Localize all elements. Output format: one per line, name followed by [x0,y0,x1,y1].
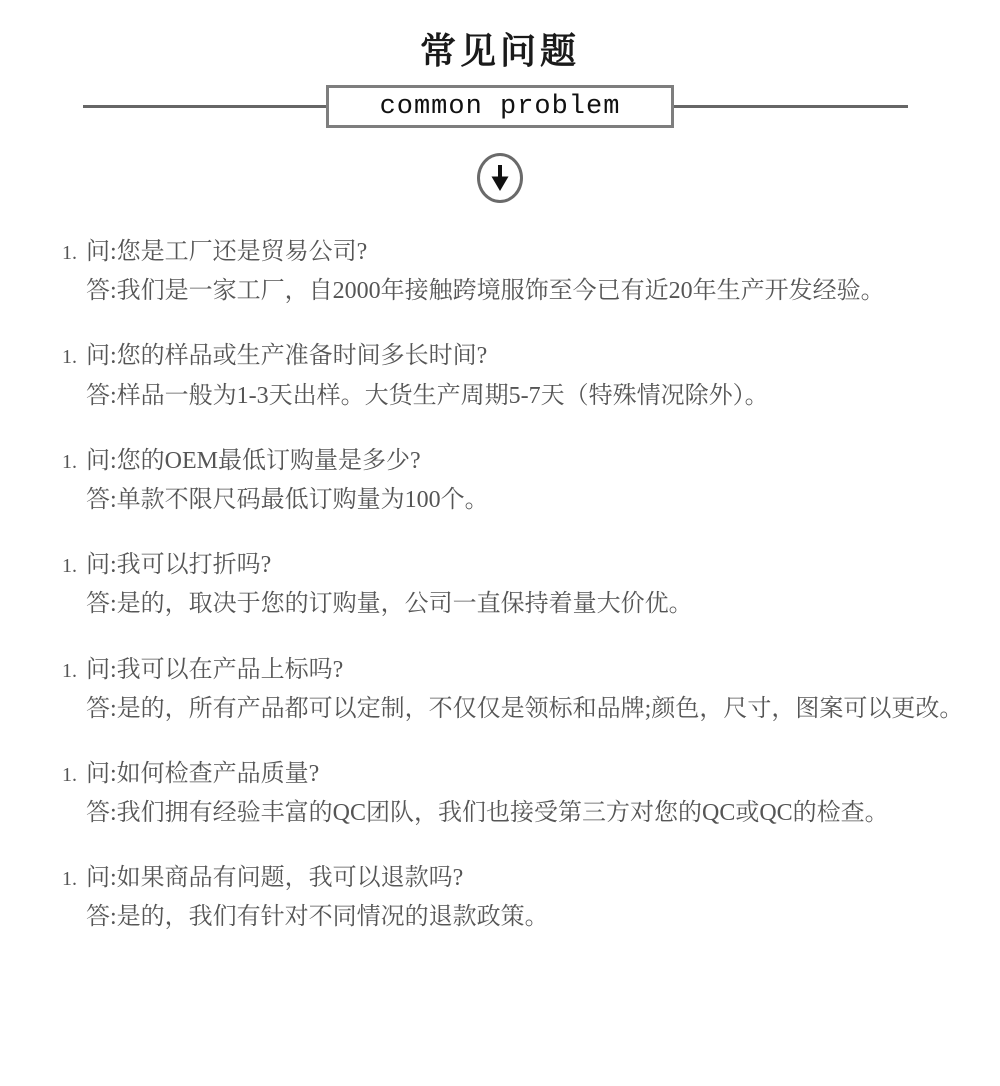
question-row: 1. 问:如何检查产品质量? [62,759,990,790]
question-text: 问:如何检查产品质量? [86,759,319,790]
question-row: 1. 问:您的OEM最低订购量是多少? [62,446,990,477]
page-title-chinese: 常见问题 [0,0,1000,70]
question-text: 问:如果商品有问题，我可以退款吗? [86,863,463,894]
down-arrow-badge [0,153,1000,203]
page-title-english: common problem [380,92,621,122]
item-number: 1. [62,866,86,892]
answer-text: 答:我们拥有经验丰富的QC团队，我们也接受第三方对您的QC或QC的检查。 [86,798,990,829]
faq-item: 1. 问:如何检查产品质量? 答:我们拥有经验丰富的QC团队，我们也接受第三方对… [62,759,990,829]
answer-text: 答:是的，取决于您的订购量，公司一直保持着量大价优。 [86,589,990,620]
title-banner: common problem [0,85,1000,128]
question-text: 问:您的OEM最低订购量是多少? [86,446,421,477]
question-text: 问:您是工厂还是贸易公司? [86,237,367,268]
question-row: 1. 问:如果商品有问题，我可以退款吗? [62,863,990,894]
faq-item: 1. 问:您的样品或生产准备时间多长时间? 答:样品一般为1-3天出样。大货生产… [62,341,990,411]
question-text: 问:我可以在产品上标吗? [86,655,343,686]
item-number: 1. [62,553,86,579]
faq-item: 1. 问:如果商品有问题，我可以退款吗? 答:是的，我们有针对不同情况的退款政策… [62,863,990,933]
faq-item: 1. 问:您的OEM最低订购量是多少? 答:单款不限尺码最低订购量为100个。 [62,446,990,516]
answer-text: 答:样品一般为1-3天出样。大货生产周期5-7天（特殊情况除外）。 [86,381,990,412]
item-number: 1. [62,240,86,266]
faq-item: 1. 问:您是工厂还是贸易公司? 答:我们是一家工厂，自2000年接触跨境服饰至… [62,237,990,307]
down-arrow-icon [487,163,513,193]
faq-list: 1. 问:您是工厂还是贸易公司? 答:我们是一家工厂，自2000年接触跨境服饰至… [62,237,990,934]
question-text: 问:我可以打折吗? [86,550,271,581]
faq-page: 常见问题 common problem 1. 问:您是工厂还是贸易公司? 答:我… [0,0,1000,1086]
question-row: 1. 问:您的样品或生产准备时间多长时间? [62,341,990,372]
item-number: 1. [62,762,86,788]
item-number: 1. [62,658,86,684]
down-arrow-circle [477,153,523,203]
question-row: 1. 问:我可以打折吗? [62,550,990,581]
answer-text: 答:单款不限尺码最低订购量为100个。 [86,485,990,516]
answer-text: 答:是的，我们有针对不同情况的退款政策。 [86,902,990,933]
item-number: 1. [62,449,86,475]
faq-item: 1. 问:我可以在产品上标吗? 答:是的，所有产品都可以定制，不仅仅是领标和品牌… [62,655,990,725]
answer-text: 答:是的，所有产品都可以定制，不仅仅是领标和品牌;颜色，尺寸，图案可以更改。 [86,694,990,725]
item-number: 1. [62,344,86,370]
title-box: common problem [326,85,674,128]
question-row: 1. 问:我可以在产品上标吗? [62,655,990,686]
question-row: 1. 问:您是工厂还是贸易公司? [62,237,990,268]
question-text: 问:您的样品或生产准备时间多长时间? [86,341,487,372]
faq-item: 1. 问:我可以打折吗? 答:是的，取决于您的订购量，公司一直保持着量大价优。 [62,550,990,620]
answer-text: 答:我们是一家工厂，自2000年接触跨境服饰至今已有近20年生产开发经验。 [86,276,990,307]
